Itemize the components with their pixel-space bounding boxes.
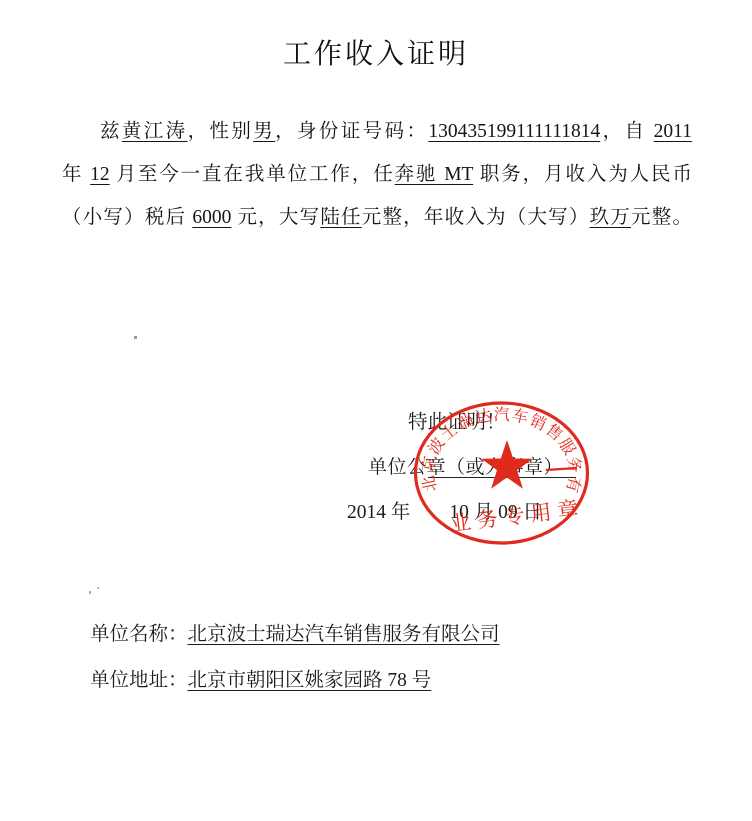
body-text: 兹 (100, 121, 122, 142)
body-text: ，性别 (188, 121, 254, 142)
artifact-dot (97, 587, 99, 589)
income-certificate-document: 工作收入证明 兹黄江涛，性别男，身份证号码：130435199111111814… (0, 0, 752, 821)
company-name-value: 北京波士瑞达汽车销售服务有限公司 (188, 624, 500, 645)
artifact-dot (134, 336, 137, 339)
company-address-label: 单位地址： (90, 670, 188, 691)
id-number-underlined: 130435199111111814 (428, 121, 600, 142)
body-text: ，身份证号码： (275, 121, 428, 142)
company-name-line: 单位名称：北京波士瑞达汽车销售服务有限公司 (90, 618, 500, 646)
body-line-1: 兹黄江涛，性别男，身份证号码：130435199111111814，自 2011 (62, 116, 692, 159)
body-text: 元整，年收入为（大写） (362, 207, 590, 228)
company-address-value: 北京市朝阳区姚家园路 78 号 (188, 670, 432, 691)
income-caps-underlined: 陆任 (320, 207, 361, 228)
body-text: 元整。 (631, 207, 692, 228)
monthly-income-underlined: 6000 (192, 207, 231, 228)
company-address-line: 单位地址：北京市朝阳区姚家园路 78 号 (90, 664, 431, 692)
body-text: 月至今一直在我单位工作，任 (110, 164, 395, 185)
body-line-3: （小写）税后 6000 元，大写陆任元整，年收入为（大写）玖万元整。 (62, 202, 692, 245)
body-text: 元，大写 (231, 207, 320, 228)
start-month-underlined: 12 (90, 164, 110, 185)
company-red-seal: 北京波士瑞达汽车销售服务有限公司 业务专用章 (400, 388, 612, 558)
seal-star-icon (481, 440, 532, 489)
start-year-underlined: 2011 (654, 121, 692, 142)
gender-underlined: 男 (253, 121, 275, 142)
body-text: ，自 (600, 121, 653, 142)
job-title-underlined: 奔驰 MT (395, 164, 473, 185)
person-name-underlined: 黄江涛 (122, 121, 188, 142)
document-title: 工作收入证明 (0, 32, 752, 72)
body-text: （小写）税后 (62, 207, 192, 228)
certificate-body-paragraph: 兹黄江涛，性别男，身份证号码：130435199111111814，自 2011… (62, 116, 692, 245)
body-text: 职务，月收入为人民币 (473, 164, 692, 185)
seal-bottom-text: 业务专用章 (449, 496, 586, 536)
company-name-label: 单位名称： (90, 624, 188, 645)
artifact-dot (89, 591, 91, 594)
annual-income-caps-underlined: 玖万 (590, 207, 631, 228)
body-text: 年 (62, 164, 90, 185)
body-line-2: 年 12 月至今一直在我单位工作，任奔驰 MT 职务，月收入为人民币 (62, 159, 692, 202)
